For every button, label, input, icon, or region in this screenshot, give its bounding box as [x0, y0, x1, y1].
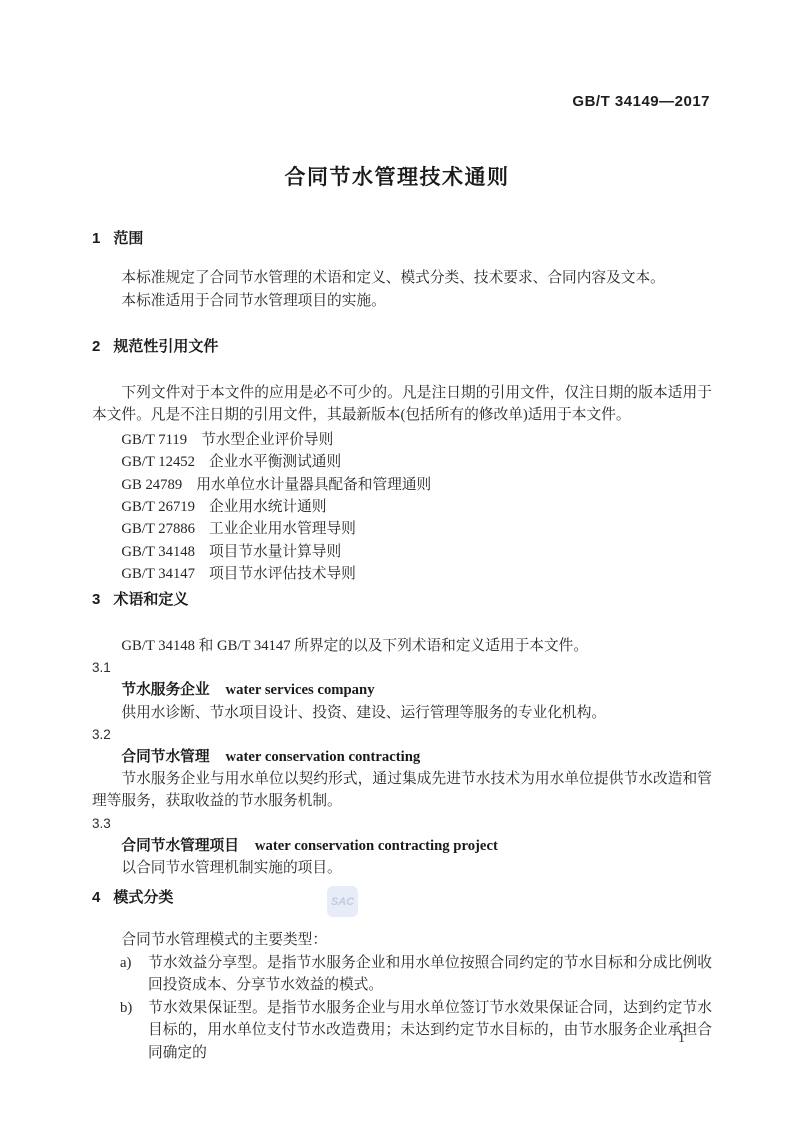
reference-title: 节水型企业评价导则	[201, 432, 333, 448]
references-intro: 下列文件对于本文件的应用是必不可少的。凡是注日期的引用文件，仅注日期的版本适用于…	[92, 382, 712, 427]
section-terms-definitions: 3术语和定义 GB/T 34148 和 GB/T 34147 所界定的以及下列术…	[92, 590, 712, 879]
term-line: 合同节水管理water conservation contracting	[92, 746, 712, 768]
reference-title: 用水单位水计量器具配备和管理通则	[196, 477, 431, 493]
mode-item-a: a)节水效益分享型。是指节水服务企业和用水单位按照合同约定的节水目标和分成比例收…	[120, 952, 712, 997]
reference-item: GB/T 12452企业水平衡测试通则	[92, 451, 712, 473]
section-heading: 4模式分类	[92, 888, 712, 908]
term-id: 3.3	[92, 813, 712, 835]
reference-code: GB/T 7119	[121, 432, 187, 448]
document-title: 合同节水管理技术通则	[0, 161, 794, 191]
section-number: 4	[92, 888, 100, 908]
term-entry: 3.2 合同节水管理water conservation contracting…	[92, 724, 712, 813]
term-en: water services company	[226, 682, 375, 698]
section-number: 2	[92, 337, 100, 357]
modes-intro: 合同节水管理模式的主要类型：	[92, 929, 712, 952]
term-en: water conservation contracting	[226, 749, 421, 765]
reference-code: GB/T 34147	[121, 566, 195, 582]
mode-item-text: 节水效果保证型。是指节水服务企业与用水单位签订节水效果保证合同，达到约定节水目标…	[148, 1000, 712, 1061]
term-line: 节水服务企业water services company	[92, 679, 712, 701]
term-id: 3.2	[92, 724, 712, 746]
reference-code: GB/T 34148	[121, 544, 195, 560]
term-definition: 供用水诊断、节水项目设计、投资、建设、运行管理等服务的专业化机构。	[92, 702, 712, 724]
term-zh: 节水服务企业	[121, 682, 209, 698]
reference-item: GB/T 26719企业用水统计通则	[92, 496, 712, 518]
section-heading: 2规范性引用文件	[92, 337, 712, 357]
section-heading-text: 规范性引用文件	[113, 338, 218, 355]
section-number: 3	[92, 590, 100, 610]
term-entry: 3.3 合同节水管理项目water conservation contracti…	[92, 813, 712, 880]
section-scope: 1范围 本标准规定了合同节水管理的术语和定义、模式分类、技术要求、合同内容及文本…	[92, 229, 712, 313]
reference-code: GB 24789	[121, 477, 182, 493]
reference-item: GB/T 7119节水型企业评价导则	[92, 429, 712, 451]
mode-item-label: a)	[120, 952, 148, 975]
section-heading: 1范围	[92, 229, 712, 249]
reference-code: GB/T 12452	[121, 454, 195, 470]
terms-intro: GB/T 34148 和 GB/T 34147 所界定的以及下列术语和定义适用于…	[92, 635, 712, 657]
mode-item-b: b)节水效果保证型。是指节水服务企业与用水单位签订节水效果保证合同，达到约定节水…	[120, 997, 712, 1065]
section-normative-references: 2规范性引用文件 下列文件对于本文件的应用是必不可少的。凡是注日期的引用文件，仅…	[92, 337, 712, 586]
scope-paragraph-2: 本标准适用于合同节水管理项目的实施。	[92, 290, 712, 313]
section-heading: 3术语和定义	[92, 590, 712, 610]
section-heading-text: 范围	[113, 230, 143, 247]
reference-item: GB 24789用水单位水计量器具配备和管理通则	[92, 474, 712, 496]
standard-code: GB/T 34149—2017	[572, 93, 710, 110]
reference-item: GB/T 34147项目节水评估技术导则	[92, 563, 712, 585]
reference-title: 企业用水统计通则	[209, 499, 327, 515]
term-entry: 3.1 节水服务企业water services company 供用水诊断、节…	[92, 657, 712, 724]
reference-title: 企业水平衡测试通则	[209, 454, 341, 470]
section-mode-classification: 4模式分类 合同节水管理模式的主要类型： a)节水效益分享型。是指节水服务企业和…	[92, 888, 712, 1065]
section-heading-text: 模式分类	[113, 889, 173, 906]
document-page: SAC GB/T 34149—2017 合同节水管理技术通则 1范围 本标准规定…	[0, 0, 794, 1122]
mode-item-label: b)	[120, 997, 148, 1020]
term-zh: 合同节水管理项目	[121, 838, 239, 854]
reference-code: GB/T 27886	[121, 521, 195, 537]
reference-item: GB/T 34148项目节水量计算导则	[92, 541, 712, 563]
reference-title: 项目节水量计算导则	[209, 544, 341, 560]
section-heading-text: 术语和定义	[113, 591, 188, 608]
scope-paragraph-1: 本标准规定了合同节水管理的术语和定义、模式分类、技术要求、合同内容及文本。	[92, 267, 712, 290]
reference-code: GB/T 26719	[121, 499, 195, 515]
term-id: 3.1	[92, 657, 712, 679]
term-zh: 合同节水管理	[121, 749, 209, 765]
term-en: water conservation contracting project	[255, 838, 498, 854]
reference-list: GB/T 7119节水型企业评价导则 GB/T 12452企业水平衡测试通则 G…	[92, 429, 712, 586]
reference-item: GB/T 27886工业企业用水管理导则	[92, 518, 712, 540]
term-definition: 以合同节水管理机制实施的项目。	[92, 857, 712, 879]
mode-item-text: 节水效益分享型。是指节水服务企业和用水单位按照合同约定的节水目标和分成比例收回投…	[148, 955, 712, 994]
term-line: 合同节水管理项目water conservation contracting p…	[92, 835, 712, 857]
section-number: 1	[92, 229, 100, 249]
reference-title: 工业企业用水管理导则	[209, 521, 356, 537]
term-definition: 节水服务企业与用水单位以契约形式，通过集成先进节水技术为用水单位提供节水改造和管…	[92, 768, 712, 812]
reference-title: 项目节水评估技术导则	[209, 566, 356, 582]
